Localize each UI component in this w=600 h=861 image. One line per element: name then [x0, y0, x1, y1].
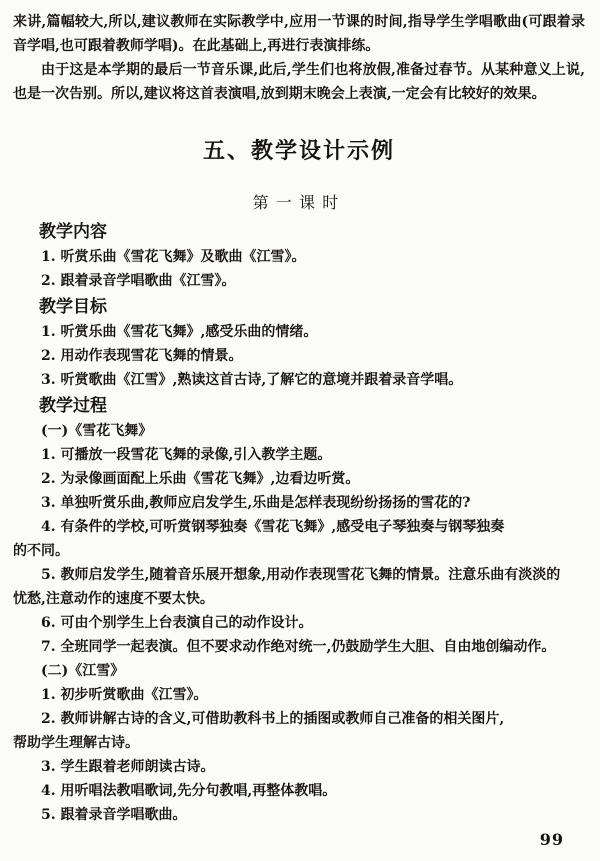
session-title: 第一课时	[13, 192, 585, 214]
chapter-title: 五、教学设计示例	[13, 136, 585, 166]
process-part1-item: 6. 可由个别学生上台表演自己的动作设计。	[13, 611, 585, 635]
teaching-goal-item: 2. 用动作表现雪花飞舞的情景。	[13, 344, 585, 368]
process-part1-item: 7. 全班同学一起表演。但不要求动作绝对统一,仍鼓励学生大胆、自由地创编动作。	[13, 635, 585, 659]
process-part2-label: (二)《江雪》	[13, 659, 585, 683]
page-number: 99	[540, 830, 564, 849]
teaching-content-item: 2. 跟着录音学唱歌曲《江雪》。	[13, 269, 585, 293]
document-page: 来讲,篇幅较大,所以,建议教师在实际教学中,应用一节课的时间,指导学生学唱歌曲(…	[0, 0, 600, 861]
section-heading-teaching-goals: 教学目标	[39, 295, 585, 320]
process-part2-item: 1. 初步听赏歌曲《江雪》。	[13, 683, 585, 707]
process-part1-item: 1. 可播放一段雪花飞舞的录像,引入教学主题。	[13, 443, 585, 467]
process-part2-item: 3. 学生跟着老师朗读古诗。	[13, 755, 585, 779]
process-part1-item: 2. 为录像画面配上乐曲《雪花飞舞》,边看边听赏。	[13, 467, 585, 491]
process-part1-item: 4. 有条件的学校,可听赏钢琴独奏《雪花飞舞》,感受电子琴独奏与钢琴独奏 的不同…	[13, 515, 585, 563]
process-part2-item: 2. 教师讲解古诗的含义,可借助教科书上的插图或教师自己准备的相关图片, 帮助学…	[13, 707, 585, 755]
section-heading-teaching-process: 教学过程	[39, 394, 585, 419]
teaching-content-item: 1. 听赏乐曲《雪花飞舞》及歌曲《江雪》。	[13, 245, 585, 269]
process-part2-item: 5. 跟着录音学唱歌曲。	[13, 803, 585, 827]
process-part1-item: 3. 单独听赏乐曲,教师应启发学生,乐曲是怎样表现纷纷扬扬的雪花的?	[13, 491, 585, 515]
teaching-goal-item: 3. 听赏歌曲《江雪》,熟读这首古诗,了解它的意境并跟着录音学唱。	[13, 368, 585, 392]
process-part2-item: 4. 用听唱法教唱歌词,先分句教唱,再整体教唱。	[13, 779, 585, 803]
section-heading-teaching-content: 教学内容	[39, 220, 585, 245]
process-part1-label: (一)《雪花飞舞》	[13, 419, 585, 443]
process-part1-item: 5. 教师启发学生,随着音乐展开想象,用动作表现雪花飞舞的情景。注意乐曲有淡淡的…	[13, 563, 585, 611]
intro-paragraph-continued: 来讲,篇幅较大,所以,建议教师在实际教学中,应用一节课的时间,指导学生学唱歌曲(…	[13, 10, 585, 58]
intro-paragraph-2: 由于这是本学期的最后一节音乐课,此后,学生们也将放假,准备过春节。从某种意义上说…	[13, 58, 585, 106]
teaching-goal-item: 1. 听赏乐曲《雪花飞舞》,感受乐曲的情绪。	[13, 320, 585, 344]
